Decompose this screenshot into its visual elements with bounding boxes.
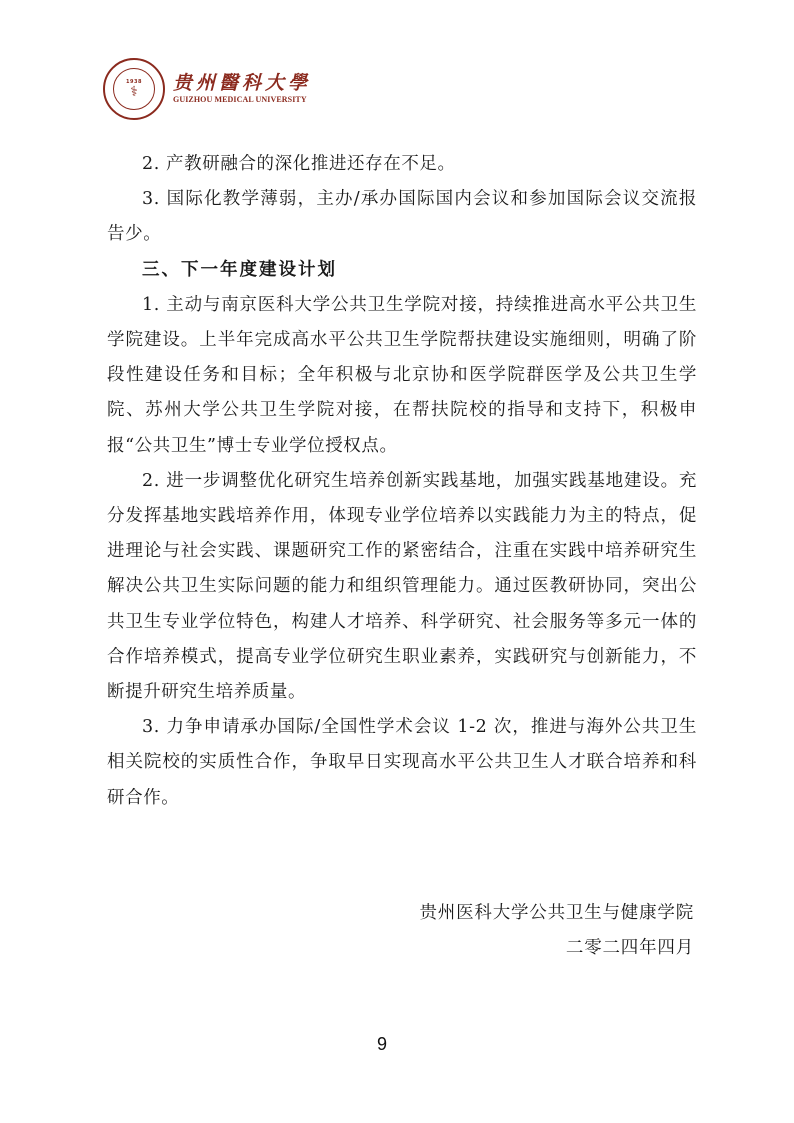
page-header: 1938 ⚕ 贵州醫科大學 GUIZHOU MEDICAL UNIVERSITY: [103, 57, 311, 121]
signature-date: 二零二四年四月: [420, 931, 695, 966]
university-seal-logo: 1938 ⚕: [103, 58, 165, 120]
paragraph-shortcoming-3: 3. 国际化教学薄弱，主办/承办国际国内会议和参加国际会议交流报告少。: [107, 182, 697, 252]
paragraph-plan-3: 3. 力争申请承办国际/全国性学术会议 1-2 次，推进与海外公共卫生相关院校的…: [107, 710, 697, 816]
page-number: 9: [0, 1034, 764, 1055]
paragraph-plan-2: 2. 进一步调整优化研究生培养创新实践基地，加强实践基地建设。充分发挥基地实践培…: [107, 464, 697, 710]
signature-organization: 贵州医科大学公共卫生与健康学院: [420, 896, 695, 931]
signature-block: 贵州医科大学公共卫生与健康学院 二零二四年四月: [420, 896, 695, 966]
university-wordmark: 贵州醫科大學 GUIZHOU MEDICAL UNIVERSITY: [173, 72, 311, 106]
university-name-cn: 贵州醫科大學: [173, 72, 311, 94]
document-body: 2. 产教研融合的深化推进还存在不足。 3. 国际化教学薄弱，主办/承办国际国内…: [107, 147, 697, 816]
seal-inner-ring: 1938 ⚕: [113, 68, 155, 110]
paragraph-plan-1: 1. 主动与南京医科大学公共卫生学院对接，持续推进高水平公共卫生学院建设。上半年…: [107, 288, 697, 464]
paragraph-shortcoming-2: 2. 产教研融合的深化推进还存在不足。: [107, 147, 697, 182]
section-heading-next-year-plan: 三、下一年度建设计划: [107, 253, 697, 288]
university-name-en: GUIZHOU MEDICAL UNIVERSITY: [173, 94, 311, 106]
caduceus-icon: ⚕: [130, 85, 138, 99]
